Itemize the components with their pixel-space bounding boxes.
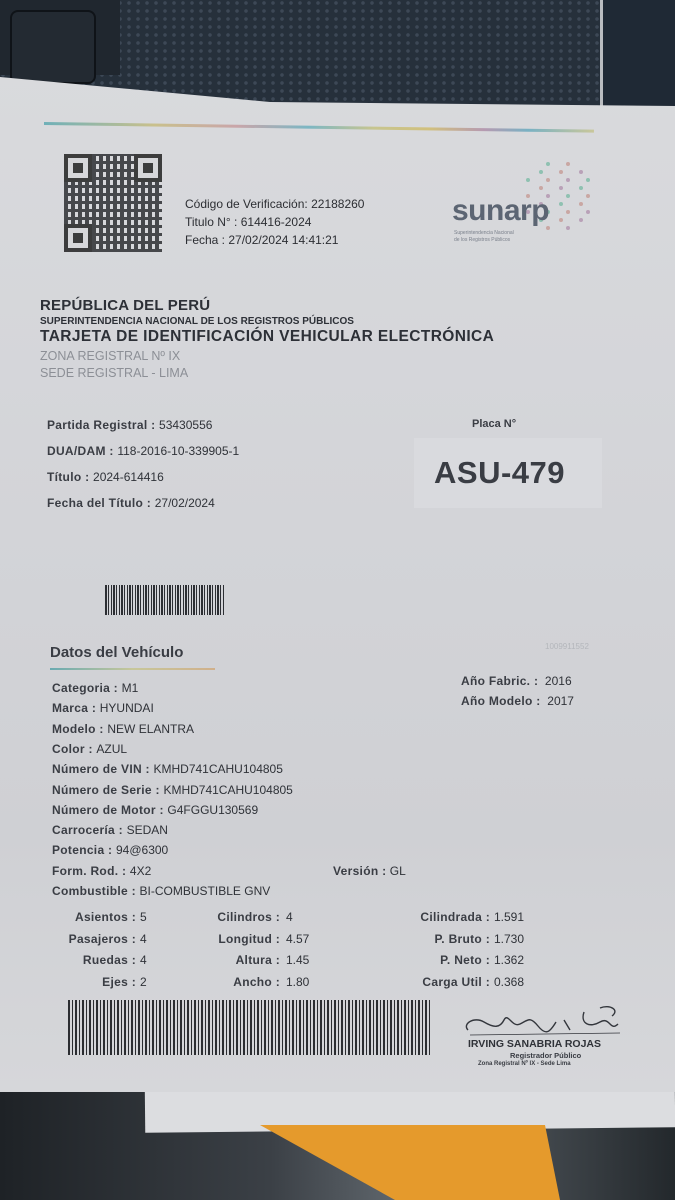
- issue-date: Fecha : 27/02/2024 14:41:21: [185, 231, 364, 249]
- vehicle-field: Marca : HYUNDAI: [52, 701, 154, 715]
- version: Versión : GL: [333, 864, 406, 878]
- spec-col3-label: Cilindrada :: [340, 910, 490, 924]
- spec-col2-value: 4.57: [286, 932, 309, 946]
- year-manufactured: Año Fabric. : 2016: [461, 674, 572, 688]
- vehicle-field: Potencia : 94@6300: [52, 843, 168, 857]
- section-underline: [50, 668, 215, 670]
- spec-col2-label: Cilindros :: [130, 910, 280, 924]
- spec-col3-label: Carga Util :: [340, 975, 490, 989]
- plate-label: Placa N°: [472, 418, 516, 430]
- verification-block: Código de Verificación: 22188260 Titulo …: [185, 195, 364, 249]
- spec-col1-label: Ejes :: [0, 975, 136, 989]
- agency-heading: SUPERINTENDENCIA NACIONAL DE LOS REGISTR…: [40, 316, 494, 327]
- spec-col3-label: P. Neto :: [340, 953, 490, 967]
- spec-col2-value: 1.80: [286, 975, 309, 989]
- 2d-barcode: [68, 1000, 430, 1055]
- registry-zone: ZONA REGISTRAL Nº IX: [40, 349, 494, 363]
- vehicle-field: Número de Motor : G4FGGU130569: [52, 803, 258, 817]
- spec-col1-label: Asientos :: [0, 910, 136, 924]
- registry-office: SEDE REGISTRAL - LIMA: [40, 366, 494, 380]
- barcode: [105, 585, 225, 615]
- vehicle-field: Form. Rod. : 4X2: [52, 864, 151, 878]
- registry-field: Fecha del Título : 27/02/2024: [47, 496, 215, 510]
- vehicle-field: Combustible : BI-COMBUSTIBLE GNV: [52, 884, 270, 898]
- document-header: REPÚBLICA DEL PERÚ SUPERINTENDENCIA NACI…: [40, 297, 494, 380]
- vehicle-field: Modelo : NEW ELANTRA: [52, 722, 194, 736]
- verification-code: Código de Verificación: 22188260: [185, 195, 364, 213]
- title-number: Titulo N° : 614416-2024: [185, 213, 364, 231]
- plate-number: ASU-479: [434, 455, 565, 491]
- section-title: Datos del Vehículo: [50, 644, 183, 661]
- sunarp-logo: sunarp Superintendencia Nacionalde los R…: [450, 170, 610, 250]
- signature-icon: [460, 1002, 630, 1042]
- country-heading: REPÚBLICA DEL PERÚ: [40, 297, 494, 314]
- vehicle-field: Número de VIN : KMHD741CAHU104805: [52, 762, 283, 776]
- signature-block: IRVING SANABRIA ROJAS Registrador Públic…: [460, 1002, 630, 1072]
- registry-field: Título : 2024-614416: [47, 470, 164, 484]
- background-edge: [600, 0, 675, 110]
- spec-col3-label: P. Bruto :: [340, 932, 490, 946]
- registry-field: Partida Registral : 53430556: [47, 418, 212, 432]
- spec-col2-value: 1.45: [286, 953, 309, 967]
- qr-code: [64, 154, 162, 252]
- spec-col2-label: Altura :: [130, 953, 280, 967]
- watermark-number: 1009911552: [545, 642, 589, 651]
- spec-col3-value: 0.368: [494, 975, 524, 989]
- spec-col3-value: 1.730: [494, 932, 524, 946]
- signer-role: Registrador Público: [510, 1051, 581, 1060]
- vehicle-field: Categoria : M1: [52, 681, 138, 695]
- spec-col1-label: Pasajeros :: [0, 932, 136, 946]
- document-title: TARJETA DE IDENTIFICACIÓN VEHICULAR ELEC…: [40, 328, 494, 346]
- spec-col3-value: 1.591: [494, 910, 524, 924]
- background-device: [0, 0, 120, 75]
- spec-col1-label: Ruedas :: [0, 953, 136, 967]
- vehicle-field: Carrocería : SEDAN: [52, 823, 168, 837]
- vehicle-field: Color : AZUL: [52, 742, 127, 756]
- spec-col2-value: 4: [286, 910, 293, 924]
- model-year: Año Modelo : 2017: [461, 694, 574, 708]
- signer-zone: Zona Registral Nº IX - Sede Lima: [478, 1061, 571, 1067]
- spec-col2-label: Longitud :: [130, 932, 280, 946]
- spec-col2-label: Ancho :: [130, 975, 280, 989]
- vehicle-field: Número de Serie : KMHD741CAHU104805: [52, 783, 293, 797]
- signer-name: IRVING SANABRIA ROJAS: [468, 1038, 601, 1050]
- registry-field: DUA/DAM : 118-2016-10-339905-1: [47, 444, 239, 458]
- spec-col3-value: 1.362: [494, 953, 524, 967]
